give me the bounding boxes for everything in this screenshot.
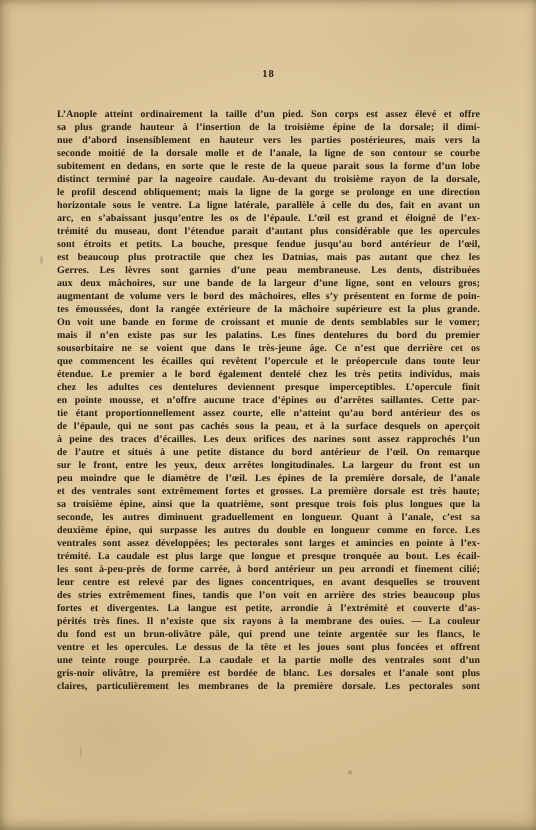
- text-line: du fond est un brun-olivâtre pâle, qui p…: [57, 628, 480, 641]
- text-line: nue d’abord insensiblement en hauteur ve…: [57, 134, 480, 147]
- text-line: ventrales sont assez développées; les pe…: [57, 537, 480, 550]
- paper-speck: [80, 745, 82, 759]
- text-line: étendue. Le premier a le bord également …: [57, 368, 480, 381]
- text-line: aux deux mâchoires, sur une bande de la …: [57, 277, 480, 290]
- text-line: de l’épaule, qui ne sont pas cachés sous…: [57, 420, 480, 433]
- text-line: leur centre est relevé par des lignes co…: [57, 576, 480, 589]
- text-line: gris-noir olivâtre, la première est bord…: [57, 667, 480, 680]
- text-line: trémité. La caudale est plus large que l…: [57, 550, 480, 563]
- text-line: une teinte rouge pourprée. La caudale et…: [57, 654, 480, 667]
- text-line: L’Anople atteint ordinairement la taille…: [57, 108, 480, 121]
- text-line: fortes et divergentes. La langue est pet…: [57, 602, 480, 615]
- text-line: subitement en dedans, en sorte que le re…: [57, 160, 480, 173]
- text-line: tie étant proportionnellement assez cour…: [57, 407, 480, 420]
- text-line: chez les adultes ces dentelures devienne…: [57, 381, 480, 394]
- text-line: le profil descend obliquement; mais la l…: [57, 186, 480, 199]
- text-line: augmentant de volume vers le bord des mâ…: [57, 290, 480, 303]
- text-line: horizontale sous le ventre. La ligne lat…: [57, 199, 480, 212]
- text-line: mais il n’en existe pas sur les palatins…: [57, 329, 480, 342]
- text-line: des stries extrêmement fines, tandis que…: [57, 589, 480, 602]
- text-line: peu moindre que le diamètre de l’œil. Le…: [57, 472, 480, 485]
- paper-speck: [40, 255, 43, 265]
- text-line: en pointe mousse, et n’offre aucune trac…: [57, 394, 480, 407]
- body-text: L’Anople atteint ordinairement la taille…: [57, 108, 480, 693]
- text-line: claires, particulièrement les membranes …: [57, 680, 480, 693]
- text-line: sa troisième épine, ainsi que la quatriè…: [57, 498, 480, 511]
- text-line: distinct terminé par la nageoire caudale…: [57, 173, 480, 186]
- text-line: seconde, les autres diminuent graduellem…: [57, 511, 480, 524]
- text-line: est beaucoup plus protractile que chez l…: [57, 251, 480, 264]
- text-line: Gerres. Les lèvres sont garnies d’une pe…: [57, 264, 480, 277]
- text-line: sont étroits et petits. La bouche, presq…: [57, 238, 480, 251]
- text-line: sousorbitaire ne se voient que dans le t…: [57, 342, 480, 355]
- text-line: deuxième épine, qui surpasse les autres …: [57, 524, 480, 537]
- text-line: de l’autre et situés à une petite distan…: [57, 446, 480, 459]
- text-line: tes émoussées, dont la rangée extérieure…: [57, 303, 480, 316]
- text-line: trémité du museau, dont l’étendue parait…: [57, 225, 480, 238]
- text-line: les sont à-peu-près de forme carrée, à b…: [57, 563, 480, 576]
- text-line: sa plus grande hauteur à l’insertion de …: [57, 121, 480, 134]
- text-line: à peine des traces d’écailles. Les deux …: [57, 433, 480, 446]
- text-line: que commencent les écailles qui revêtent…: [57, 355, 480, 368]
- text-line: et des ventrales sont extrêmement fortes…: [57, 485, 480, 498]
- text-line: seconde moitié de la dorsale molle et de…: [57, 147, 480, 160]
- text-line: pérités très fines. Il n’existe que six …: [57, 615, 480, 628]
- text-line: arc, en s’abaissant jusqu’entre les os d…: [57, 212, 480, 225]
- book-page: 18 L’Anople atteint ordinairement la tai…: [0, 0, 536, 830]
- text-line: sur le front, entre les yeux, deux arrêt…: [57, 459, 480, 472]
- text-line: ventre et les opercules. Le dessus de la…: [57, 641, 480, 654]
- page-number: 18: [57, 68, 480, 81]
- paper-speck: [348, 770, 352, 775]
- text-line: On voit une bande en forme de croissant …: [57, 316, 480, 329]
